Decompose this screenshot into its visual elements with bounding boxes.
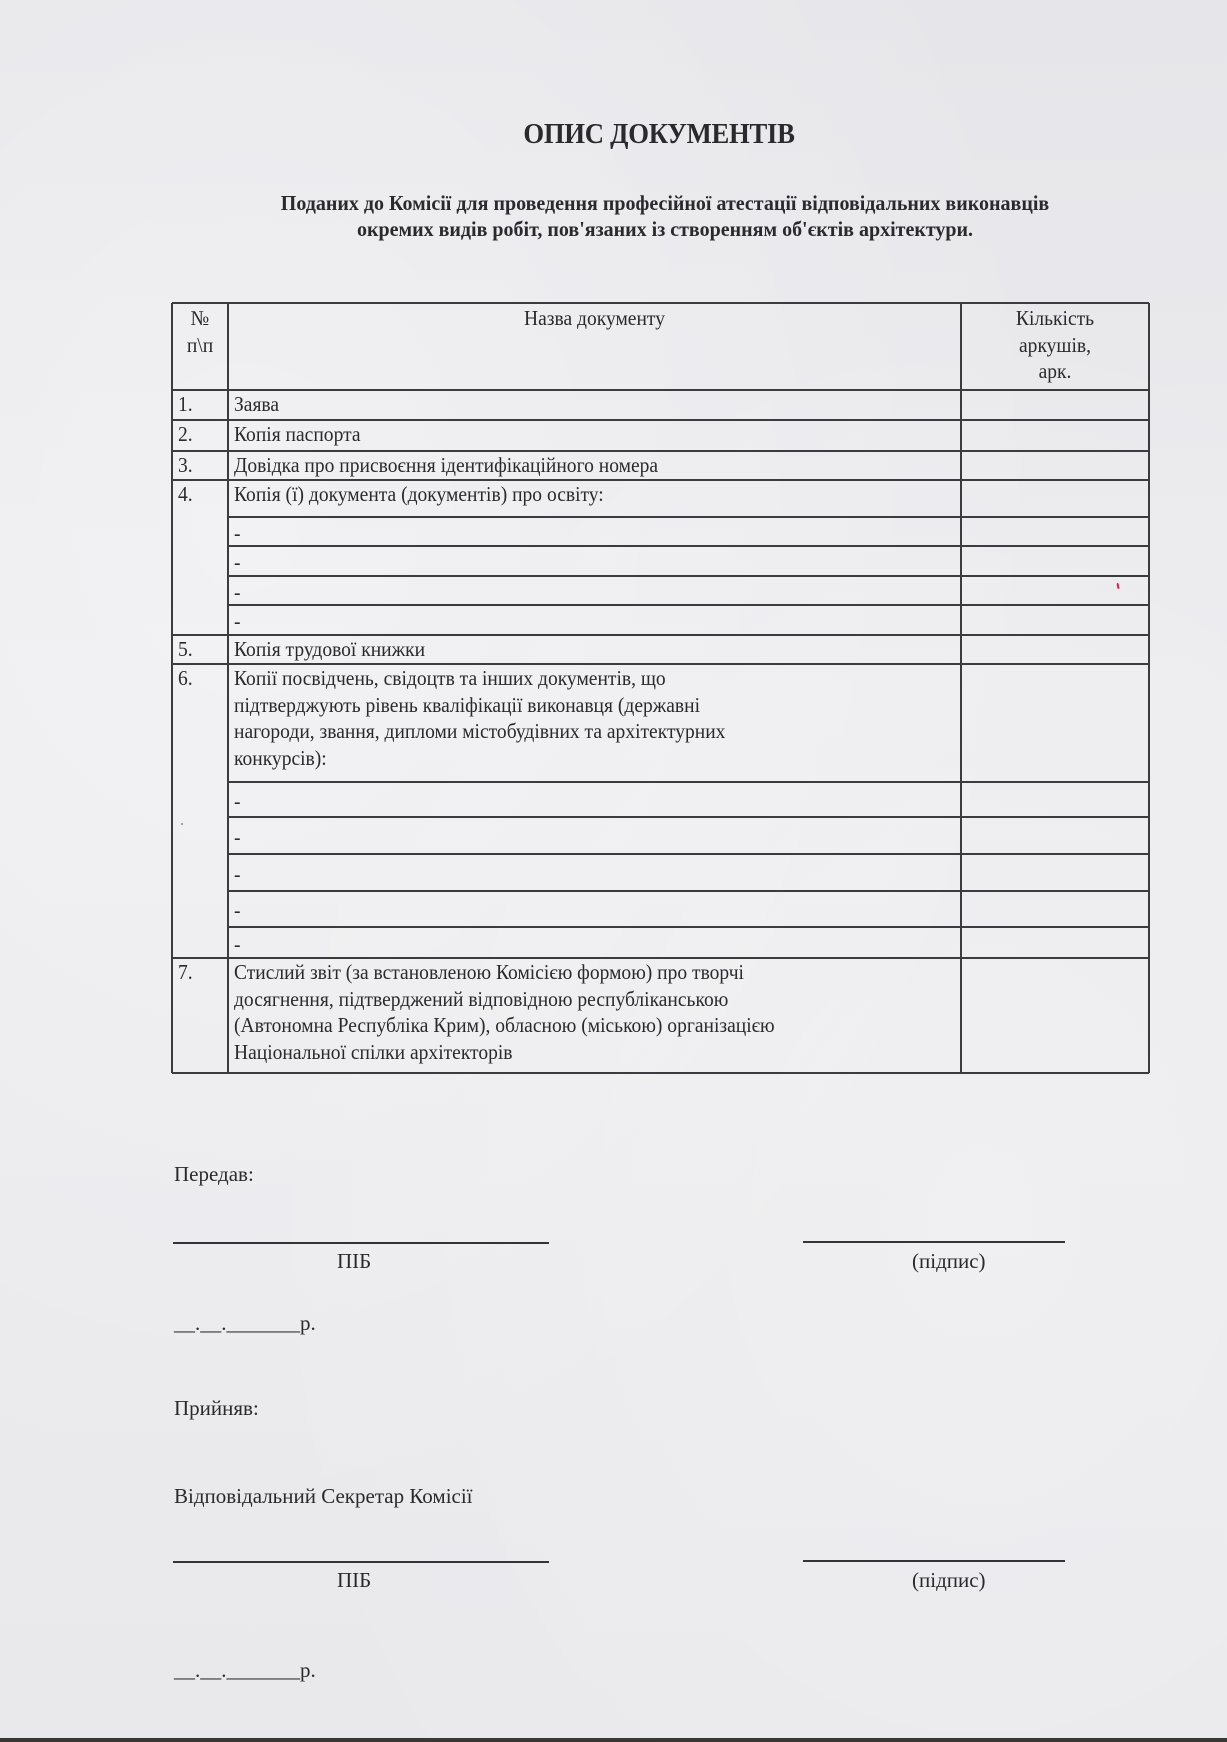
scan-speck <box>181 823 183 825</box>
sheet-count-cell[interactable] <box>961 451 1149 480</box>
sheet-count-cell[interactable] <box>961 420 1149 451</box>
sub-row-line <box>228 575 1149 577</box>
header-sheets-line-3: арк. <box>968 358 1143 385</box>
header-sheets-line-2: аркушів, <box>968 332 1143 359</box>
sub-item-dash: - <box>234 520 241 547</box>
header-sheets-line-1: Кількість <box>968 305 1143 332</box>
row-document-name: Копії посвідчень, свідоцтв та інших доку… <box>234 665 666 692</box>
column-divider-sheets <box>960 303 962 1073</box>
sub-item-dash: - <box>234 931 241 958</box>
row-document-name: Заява <box>234 391 279 418</box>
row-document-name: конкурсів): <box>234 745 327 772</box>
row-document-name: досягнення, підтверджений відповідною ре… <box>234 986 728 1013</box>
header-number-line-1: № <box>174 305 226 332</box>
sheet-count-cell[interactable] <box>961 958 1149 1073</box>
row-document-name: Стислий звіт (за встановленою Комісією ф… <box>234 959 744 986</box>
header-number-line-2: п\п <box>174 332 226 359</box>
header-sheet-count: Кількість аркушів, арк. <box>968 305 1143 385</box>
sub-item-sheet-count-cell[interactable] <box>961 576 1149 605</box>
table-top-border <box>172 302 1149 304</box>
header-bottom-border <box>172 389 1149 391</box>
handover-signature-line[interactable] <box>803 1241 1065 1243</box>
sub-item-sheet-count-cell[interactable] <box>961 817 1149 854</box>
row-document-name: Довідка про присвоєння ідентифікаційного… <box>234 452 658 479</box>
sub-item-dash: - <box>234 608 241 635</box>
document-subtitle-line-2: окремих видів робіт, пов'язаних із створ… <box>47 216 1227 242</box>
documents-table: № п\п Назва документу Кількість аркушів,… <box>172 303 1149 1073</box>
handover-name-line[interactable] <box>173 1242 549 1244</box>
row-document-name: Копія трудової книжки <box>234 636 425 663</box>
row-document-name: Копія (ї) документа (документів) про осв… <box>234 481 604 508</box>
sub-item-dash: - <box>234 549 241 576</box>
sub-row-line <box>228 781 1149 783</box>
sub-item-dash: - <box>234 861 241 888</box>
sub-item-sheet-count-cell[interactable] <box>961 517 1149 546</box>
sub-item-dash: - <box>234 579 241 606</box>
handover-date-field[interactable]: __.__._______р. <box>174 1311 316 1336</box>
sub-item-sheet-count-cell[interactable] <box>961 546 1149 576</box>
sub-row-line <box>228 890 1149 892</box>
sub-item-sheet-count-cell[interactable] <box>961 605 1149 635</box>
sub-item-sheet-count-cell[interactable] <box>961 854 1149 891</box>
column-divider-number <box>227 303 229 1073</box>
row-bottom-border <box>172 419 1149 421</box>
acceptance-name-line[interactable] <box>173 1561 549 1563</box>
acceptance-signature-caption: (підпис) <box>912 1568 986 1593</box>
sub-item-sheet-count-cell[interactable] <box>961 927 1149 958</box>
acceptance-label: Прийняв: <box>174 1396 259 1421</box>
row-document-name: Національної спілки архітекторів <box>234 1039 513 1066</box>
sheet-count-cell[interactable] <box>961 390 1149 420</box>
header-document-name: Назва документу <box>254 305 936 332</box>
sub-row-line <box>228 604 1149 606</box>
sub-item-sheet-count-cell[interactable] <box>961 782 1149 817</box>
sub-row-line <box>228 545 1149 547</box>
document-subtitle-line-1: Поданих до Комісії для проведення профес… <box>47 190 1227 216</box>
row-number: 7. <box>178 959 193 986</box>
acceptance-position: Відповідальний Секретар Комісії <box>174 1484 473 1509</box>
row-number: 3. <box>178 452 193 479</box>
row-document-name: (Автономна Республіка Крим), обласною (м… <box>234 1012 775 1039</box>
row-document-name: нагороди, звання, дипломи містобудівних … <box>234 718 725 745</box>
header-number: № п\п <box>174 305 226 358</box>
document-title: ОПИС ДОКУМЕНТІВ <box>53 118 1227 151</box>
sheet-count-cell[interactable] <box>961 635 1149 664</box>
row-number: 2. <box>178 421 193 448</box>
row-bottom-border <box>172 1072 1149 1074</box>
table-right-border <box>1148 303 1150 1073</box>
scanner-edge <box>0 1738 1227 1742</box>
row-bottom-border <box>172 450 1149 452</box>
row-bottom-border <box>172 634 1149 636</box>
row-number: 1. <box>178 391 193 418</box>
sub-item-dash: - <box>234 788 241 815</box>
row-bottom-border <box>172 957 1149 959</box>
handover-name-caption: ПІБ <box>337 1249 371 1274</box>
row-bottom-border <box>172 663 1149 665</box>
sub-row-line <box>228 816 1149 818</box>
row-document-name: Копія паспорта <box>234 421 361 448</box>
sub-item-dash: - <box>234 824 241 851</box>
row-number: 6. <box>178 665 193 692</box>
row-number: 4. <box>178 481 193 508</box>
row-number: 5. <box>178 636 193 663</box>
acceptance-date-field[interactable]: __.__._______р. <box>174 1658 316 1683</box>
acceptance-name-caption: ПІБ <box>337 1568 371 1593</box>
sheet-count-cell[interactable] <box>961 480 1149 517</box>
handover-signature-caption: (підпис) <box>912 1249 986 1274</box>
sub-item-dash: - <box>234 897 241 924</box>
sub-row-line <box>228 853 1149 855</box>
row-document-name: підтверджують рівень кваліфікації викона… <box>234 692 700 719</box>
row-bottom-border <box>172 479 1149 481</box>
sub-row-line <box>228 516 1149 518</box>
acceptance-signature-line[interactable] <box>803 1560 1065 1562</box>
sheet-count-cell[interactable] <box>961 664 1149 782</box>
sub-row-line <box>228 926 1149 928</box>
sub-item-sheet-count-cell[interactable] <box>961 891 1149 927</box>
table-left-border <box>171 303 173 1073</box>
handover-label: Передав: <box>174 1162 254 1187</box>
